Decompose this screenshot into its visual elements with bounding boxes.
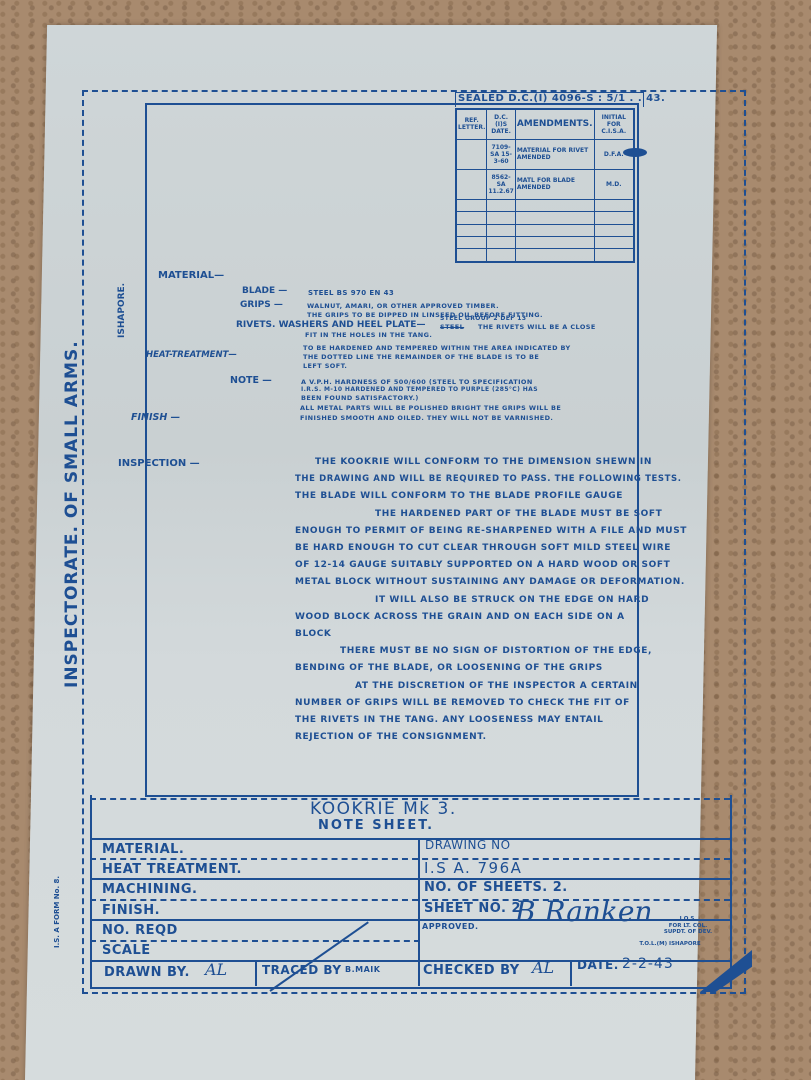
- inspection-line: THE KOOKRIE WILL CONFORM TO THE DIMENSIO…: [295, 454, 690, 471]
- rivets-value-1: THE RIVETS WILL BE A CLOSE: [478, 323, 596, 331]
- stamp-line: FOR LT. COL.: [648, 923, 728, 930]
- approved-signature: B Ranken: [515, 895, 653, 928]
- cell-date: 8562-SA 11.2.67: [487, 169, 515, 199]
- inspection-line: BENDING OF THE BLADE, OR LOOSENING OF TH…: [295, 660, 690, 677]
- col-initial: INITIAL FOR C.I.S.A.: [594, 109, 634, 139]
- amendments-table: REF. LETTER. D.C.(I)S DATE. AMENDMENTS. …: [455, 108, 635, 263]
- table-row: [456, 224, 634, 236]
- inspection-heading: INSPECTION —: [118, 458, 200, 469]
- title-block-rule: [90, 838, 730, 840]
- amendments-header-row: REF. LETTER. D.C.(I)S DATE. AMENDMENTS. …: [456, 109, 634, 139]
- inspection-line: WOOD BLOCK ACROSS THE GRAIN AND ON EACH …: [295, 609, 690, 626]
- inspection-line: BLOCK: [295, 626, 690, 643]
- traced-by-label: TRACED BY: [262, 963, 342, 977]
- cell-initial: M.D.: [594, 169, 634, 199]
- inspection-line: THE DRAWING AND WILL BE REQUIRED TO PASS…: [295, 471, 690, 488]
- sheet-number: SHEET NO. 2: [424, 901, 521, 916]
- ink-blot: [623, 148, 647, 157]
- finish-text-1: ALL METAL PARTS WILL BE POLISHED BRIGHT …: [300, 404, 561, 412]
- drawing-title: KOOKRIE Mk 3.: [310, 799, 457, 819]
- stamp-line: I.O.S.: [648, 916, 728, 923]
- inspection-line: THE RIVETS IN THE TANG. ANY LOOSENESS MA…: [295, 712, 690, 729]
- no-reqd-field: NO. REQD: [102, 923, 178, 938]
- title-block-divider: [255, 960, 257, 986]
- stamp-line: SUPDT. OF DEV.: [648, 929, 728, 936]
- table-row: [456, 249, 634, 262]
- note-text-3: BEEN FOUND SATISFACTORY.): [301, 394, 419, 402]
- scale-field: SCALE: [102, 943, 151, 958]
- side-title: INSPECTORATE. OF SMALL ARMS.: [62, 340, 82, 688]
- inspection-line: METAL BLOCK WITHOUT SUSTAINING ANY DAMAG…: [295, 574, 690, 591]
- cell-ref: [456, 169, 487, 199]
- cell-ref: [456, 139, 487, 169]
- heat-treatment-heading: HEAT-TREATMENT—: [146, 350, 237, 360]
- approved-label: APPROVED.: [422, 922, 479, 931]
- grips-value-1: WALNUT, AMARI, OR OTHER APPROVED TIMBER.: [307, 302, 499, 310]
- rivets-struck: STEEL: [440, 323, 464, 331]
- inspection-line: THE HARDENED PART OF THE BLADE MUST BE S…: [295, 506, 690, 523]
- inspection-line: OF 12-14 GAUGE SUITABLY SUPPORTED ON A H…: [295, 557, 690, 574]
- form-number: I.S. A FORM No. 8.: [53, 876, 61, 948]
- machining-field: MACHINING.: [102, 882, 197, 897]
- table-row: [456, 212, 634, 224]
- drawn-by-initials: AL: [205, 960, 227, 979]
- col-amendments: AMENDMENTS.: [515, 109, 594, 139]
- sealed-reference: SEALED D.C.(I) 4096-S : 5/1 . . 43.: [455, 92, 644, 107]
- inspection-line: REJECTION OF THE CONSIGNMENT.: [295, 729, 690, 746]
- material-field: MATERIAL.: [102, 842, 184, 857]
- inspection-line: THE BLADE WILL CONFORM TO THE BLADE PROF…: [295, 488, 690, 505]
- title-block-divider: [418, 838, 420, 986]
- heat-treatment-text-3: LEFT SOFT.: [303, 362, 347, 370]
- blade-label: BLADE —: [242, 286, 287, 296]
- col-ref-letter: REF. LETTER.: [456, 109, 487, 139]
- finish-field: FINISH.: [102, 903, 160, 918]
- table-row: 7109-SA 15-3-60 MATERIAL FOR RIVET AMEND…: [456, 139, 634, 169]
- cell-amendment: MATL FOR BLADE AMENDED: [515, 169, 594, 199]
- drawing-number: I.S A. 796A: [424, 859, 522, 877]
- note-label: NOTE —: [230, 375, 272, 386]
- date-label: DATE.: [577, 958, 619, 972]
- grips-label: GRIPS —: [240, 300, 283, 310]
- inspection-line: ENOUGH TO PERMIT OF BEING RE-SHARPENED W…: [295, 523, 690, 540]
- cell-date: 7109-SA 15-3-60: [487, 139, 515, 169]
- drawn-by-label: DRAWN BY.: [104, 965, 190, 980]
- heat-treatment-text-1: TO BE HARDENED AND TEMPERED WITHIN THE A…: [303, 344, 571, 352]
- rivets-value-2: FIT IN THE HOLES IN THE TANG.: [305, 331, 432, 339]
- inspection-line: AT THE DISCRETION OF THE INSPECTOR A CER…: [295, 678, 690, 695]
- checked-by-label: CHECKED BY: [423, 963, 520, 978]
- checked-by-initials: AL: [532, 958, 554, 977]
- date-value: 2-2-43: [622, 956, 674, 972]
- rivets-label: RIVETS. WASHERS AND HEEL PLATE—: [236, 320, 425, 330]
- table-row: [456, 199, 634, 211]
- cell-amendment: MATERIAL FOR RIVET AMENDED: [515, 139, 594, 169]
- note-text-2: I.R.S. M-10 HARDENED AND TEMPERED TO PUR…: [301, 386, 538, 394]
- approval-stamp: I.O.S. FOR LT. COL. SUPDT. OF DEV.: [648, 916, 728, 936]
- note-text-1: A V.P.H. HARDNESS OF 500/600 (STEEL TO S…: [301, 378, 533, 386]
- table-row: [456, 236, 634, 248]
- inspection-line: IT WILL ALSO BE STRUCK ON THE EDGE ON HA…: [295, 592, 690, 609]
- rivets-amended: STEEL GROUP 2 DEF 13: [440, 315, 526, 323]
- inspection-body: THE KOOKRIE WILL CONFORM TO THE DIMENSIO…: [295, 454, 690, 746]
- drawing-no-label: DRAWING NO: [425, 838, 511, 852]
- title-block-rule: [90, 858, 730, 860]
- heat-treatment-text-2: THE DOTTED LINE THE REMAINDER OF THE BLA…: [303, 353, 539, 361]
- heat-treatment-field: HEAT TREATMENT.: [102, 862, 242, 877]
- finish-text-2: FINISHED SMOOTH AND OILED. THEY WILL NOT…: [300, 414, 553, 422]
- blade-value: STEEL BS 970 EN 43: [308, 289, 394, 298]
- inspection-line: THERE MUST BE NO SIGN OF DISTORTION OF T…: [295, 643, 690, 660]
- number-of-sheets: NO. OF SHEETS. 2.: [424, 880, 568, 895]
- title-block-rule: [90, 878, 730, 880]
- finish-heading: FINISH —: [131, 412, 180, 423]
- drawing-subtitle: NOTE SHEET.: [318, 818, 434, 833]
- title-block-divider: [570, 960, 572, 986]
- material-heading: MATERIAL—: [158, 270, 224, 281]
- title-block-rule: [90, 940, 420, 942]
- col-dc-date: D.C.(I)S DATE.: [487, 109, 515, 139]
- inspection-line: NUMBER OF GRIPS WILL BE REMOVED TO CHECK…: [295, 695, 690, 712]
- table-row: 8562-SA 11.2.67 MATL FOR BLADE AMENDED M…: [456, 169, 634, 199]
- approval-stamp-office: T.O.L.(M) ISHAPORE: [620, 941, 720, 948]
- traced-by-name: B.MAIK: [345, 965, 380, 974]
- side-location: ISHAPORE.: [117, 283, 127, 338]
- inspection-line: BE HARD ENOUGH TO CUT CLEAR THROUGH SOFT…: [295, 540, 690, 557]
